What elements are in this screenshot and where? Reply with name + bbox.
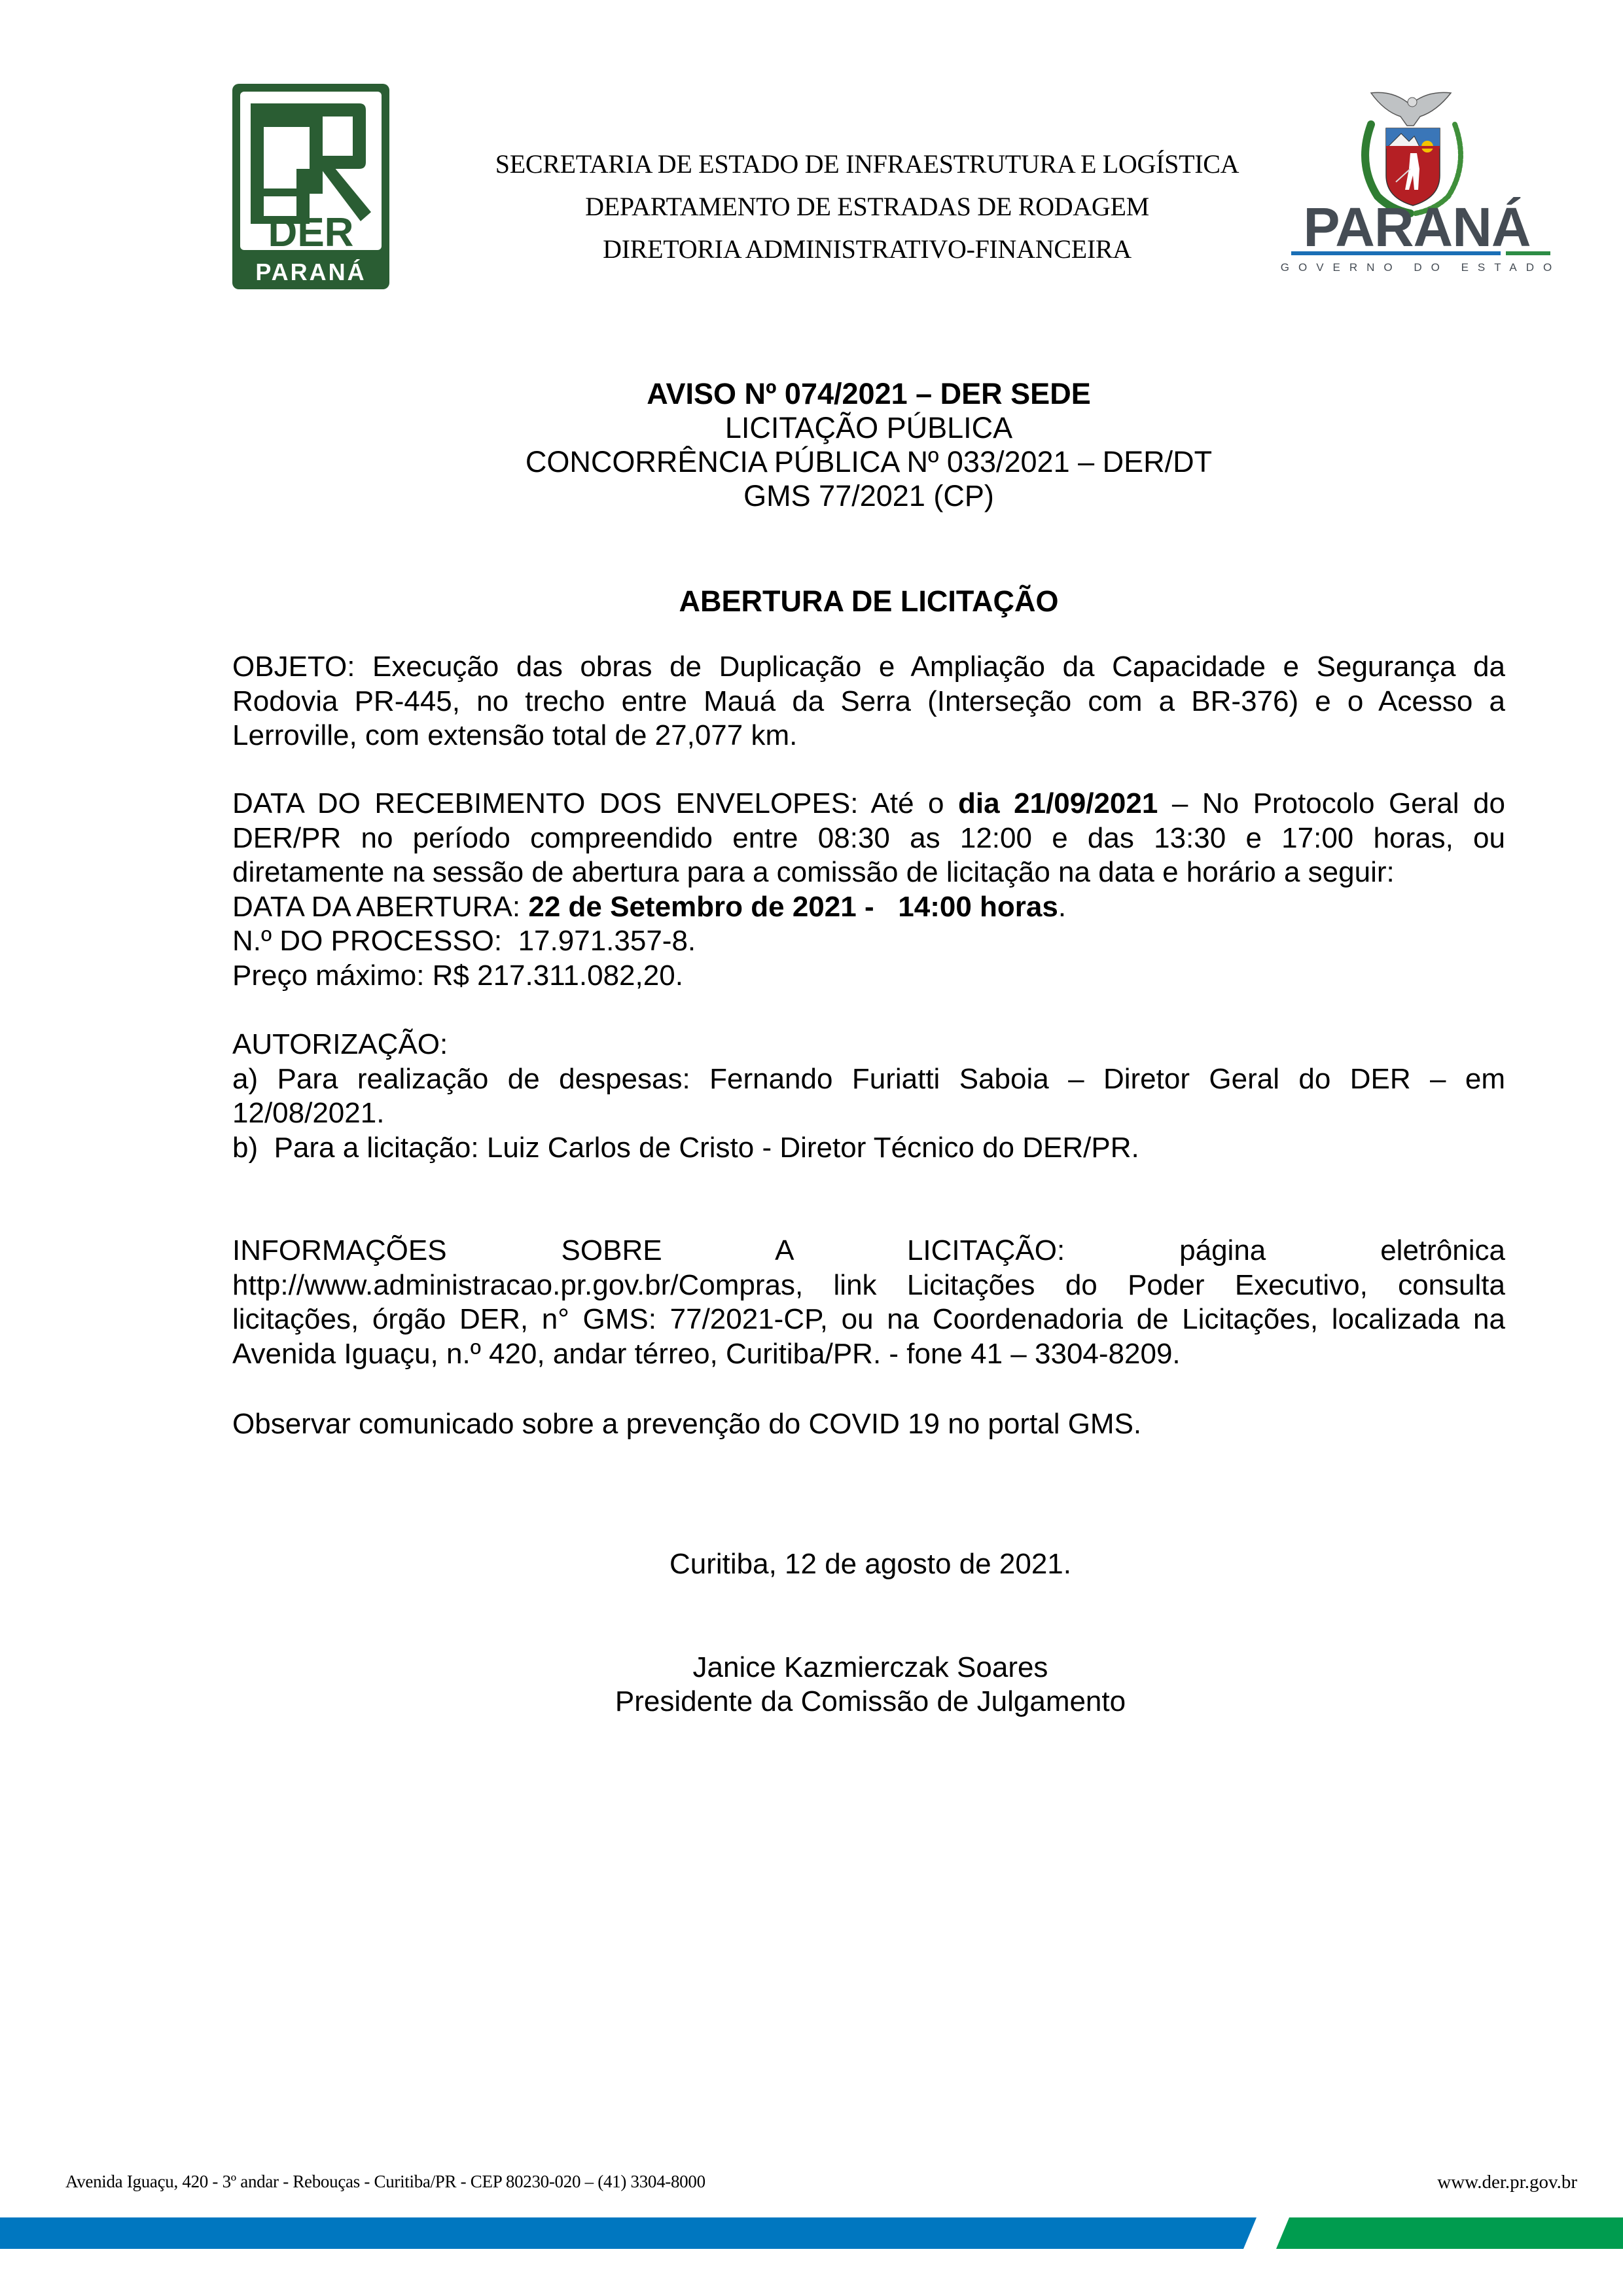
svg-text:PARANÁ: PARANÁ	[1303, 196, 1530, 258]
objeto-line: Lerroville, com extensão total de 27,077…	[232, 719, 1505, 753]
autorizacao-b-line: b) Para a licitação: Luiz Carlos de Cris…	[232, 1131, 1505, 1166]
svg-text:PARANÁ: PARANÁ	[255, 259, 366, 285]
preco-maximo-line: Preço máximo: R$ 217.311.082,20.	[232, 959, 1505, 994]
signer-role: Presidente da Comissão de Julgamento	[0, 1685, 1623, 1719]
covid-notice-text: Observar comunicado sobre a prevenção do…	[232, 1407, 1505, 1442]
autorizacao-a-line: a) Para realização de despesas: Fernando…	[232, 1062, 1505, 1097]
place-date: Curitiba, 12 de agosto de 2021.	[0, 1547, 1623, 1581]
svg-text:GOVERNO DO ESTADO: GOVERNO DO ESTADO	[1281, 261, 1554, 274]
autorizacao-a-date: 12/08/2021.	[232, 1096, 1505, 1131]
autorizacao-heading: AUTORIZAÇÃO:	[232, 1028, 1505, 1062]
informacoes-line: Avenida Iguaçu, n.º 420, andar térreo, C…	[232, 1337, 1505, 1372]
concorrencia-subtitle: CONCORRÊNCIA PÚBLICA Nº 033/2021 – DER/D…	[232, 445, 1505, 479]
objeto-paragraph: OBJETO: Execução das obras de Duplicação…	[232, 650, 1505, 753]
svg-text:DER: DER	[268, 210, 354, 255]
recebimento-line: diretamente na sessão de abertura para a…	[232, 855, 1505, 890]
footer-address: Avenida Iguaçu, 420 - 3º andar - Rebouça…	[65, 2172, 705, 2192]
recebimento-line: DATA DO RECEBIMENTO DOS ENVELOPES: Até o…	[232, 787, 1505, 821]
informacoes-link-line[interactable]: http://www.administracao.pr.gov.br/Compr…	[232, 1268, 1505, 1303]
abertura-label: DATA DA ABERTURA:	[232, 891, 528, 923]
objeto-line: OBJETO: Execução das obras de Duplicação…	[232, 650, 1505, 685]
footer-website-link[interactable]: www.der.pr.gov.br	[1437, 2172, 1577, 2193]
signer-name: Janice Kazmierczak Soares	[0, 1651, 1623, 1685]
recebimento-line: DER/PR no período compreendido entre 08:…	[232, 821, 1505, 856]
licitacao-publica-subtitle: LICITAÇÃO PÚBLICA	[232, 411, 1505, 445]
header-departamento: DEPARTAMENTO DE ESTRADAS DE RODAGEM	[419, 192, 1315, 222]
informacoes-paragraph: INFORMAÇÕES SOBRE A LICITAÇÃO: página el…	[232, 1234, 1505, 1371]
processo-line: N.º DO PROCESSO: 17.971.357-8.	[232, 924, 1505, 959]
objeto-line: Rodovia PR-445, no trecho entre Mauá da …	[232, 685, 1505, 719]
footer-green-stripe	[1276, 2217, 1623, 2249]
gms-subtitle: GMS 77/2021 (CP)	[232, 479, 1505, 513]
section-heading-abertura: ABERTURA DE LICITAÇÃO	[232, 584, 1505, 619]
abertura-line: DATA DA ABERTURA: 22 de Setembro de 2021…	[232, 890, 1505, 925]
recebimento-date: dia 21/09/2021	[958, 787, 1158, 819]
covid-notice: Observar comunicado sobre a prevenção do…	[232, 1407, 1505, 1442]
recebimento-rest: – No Protocolo Geral do	[1158, 787, 1505, 819]
footer-blue-stripe	[0, 2217, 1257, 2249]
der-parana-logo: DER PARANÁ	[232, 84, 389, 289]
autorizacao-paragraph: AUTORIZAÇÃO: a) Para realização de despe…	[232, 1028, 1505, 1165]
datas-paragraph: DATA DO RECEBIMENTO DOS ENVELOPES: Até o…	[232, 787, 1505, 993]
header-diretoria: DIRETORIA ADMINISTRATIVO-FINANCEIRA	[419, 234, 1315, 264]
recebimento-label: DATA DO RECEBIMENTO DOS ENVELOPES: Até o	[232, 787, 958, 819]
aviso-title: AVISO Nº 074/2021 – DER SEDE	[232, 377, 1505, 411]
parana-governo-logo: PARANÁ GOVERNO DO ESTADO	[1279, 85, 1554, 275]
abertura-suffix: .	[1058, 891, 1066, 923]
informacoes-line: INFORMAÇÕES SOBRE A LICITAÇÃO: página el…	[232, 1234, 1505, 1268]
header-secretaria: SECRETARIA DE ESTADO DE INFRAESTRUTURA E…	[419, 149, 1315, 179]
coat-of-arms-icon	[1365, 92, 1461, 213]
abertura-date: 22 de Setembro de 2021 - 14:00 horas	[528, 891, 1058, 923]
informacoes-line: licitações, órgão DER, n° GMS: 77/2021-C…	[232, 1302, 1505, 1337]
